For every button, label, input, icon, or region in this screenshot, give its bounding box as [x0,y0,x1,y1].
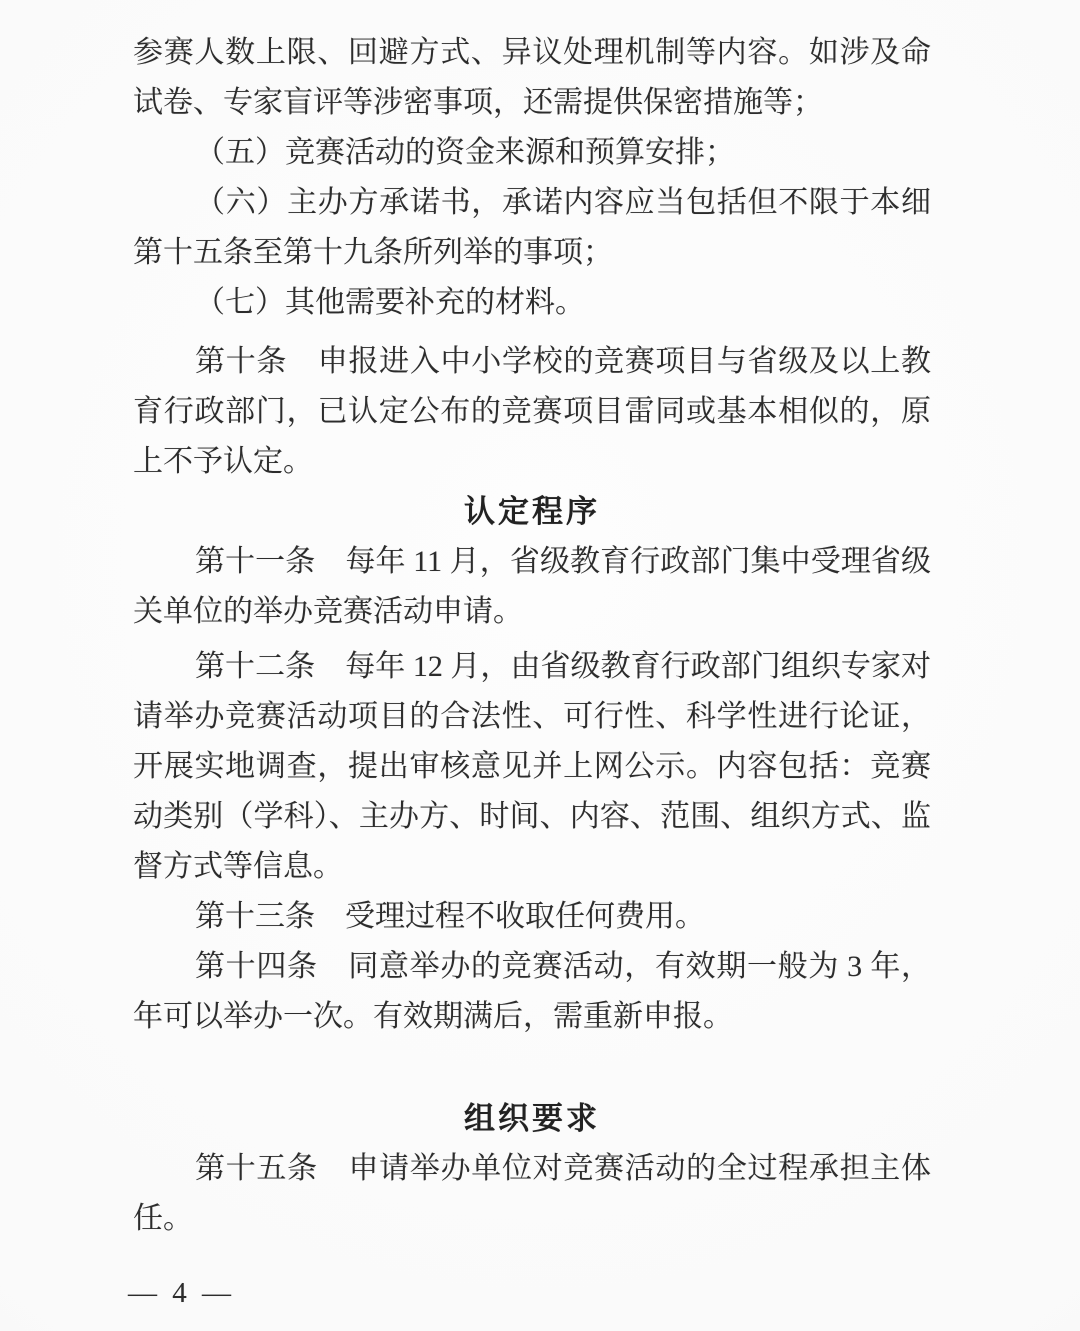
document-line: 年可以举办一次。有效期满后，需重新申报。 [133,992,931,1042]
section-spacer [133,1042,931,1094]
document-line: 第十五条至第十九条所列举的事项； [133,228,931,278]
page-number: — 4 — [128,1274,235,1312]
paragraph-spacer [133,328,931,337]
document-line: 第十三条 受理过程不收取任何费用。 [133,892,931,942]
document-line: 第十一条 每年 11 月，省级教育行政部门集中受理省级有 [133,537,931,587]
section-heading-recognition-procedure: 认定程序 [133,487,931,537]
document-line: 第十五条 申请举办单位对竞赛活动的全过程承担主体责 [133,1144,931,1194]
document-line: 开展实地调查，提出审核意见并上网公示。内容包括：竞赛活 [133,742,931,792]
document-line: 动类别（学科）、主办方、时间、内容、范围、组织方式、监 [133,792,931,842]
document-line: 育行政部门，已认定公布的竞赛项目雷同或基本相似的，原则 [133,387,931,437]
document-line: 试卷、专家盲评等涉密事项，还需提供保密措施等； [133,78,931,128]
document-line: （五）竞赛活动的资金来源和预算安排； [133,128,931,178]
document-line: 第十二条 每年 12 月，由省级教育行政部门组织专家对申 [133,642,931,692]
document-line: （六）主办方承诺书，承诺内容应当包括但不限于本细则 [133,178,931,228]
document-line: 第十四条 同意举办的竞赛活动，有效期一般为 3 年，每 [133,942,931,992]
document-body: 参赛人数上限、回避方式、异议处理机制等内容。如涉及命题 试卷、专家盲评等涉密事项… [133,28,931,1244]
document-line: 上不予认定。 [133,437,931,487]
document-line: 请举办竞赛活动项目的合法性、可行性、科学性进行论证，或 [133,692,931,742]
document-line: 参赛人数上限、回避方式、异议处理机制等内容。如涉及命题 [133,28,931,78]
document-line: 任。 [133,1194,931,1244]
document-line: 第十条 申报进入中小学校的竞赛项目与省级及以上教 [133,337,931,387]
section-heading-organization-requirements: 组织要求 [133,1094,931,1144]
document-line: 督方式等信息。 [133,842,931,892]
document-line: （七）其他需要补充的材料。 [133,278,931,328]
document-line: 关单位的举办竞赛活动申请。 [133,587,931,637]
document-page: 参赛人数上限、回避方式、异议处理机制等内容。如涉及命题 试卷、专家盲评等涉密事项… [0,0,1080,1331]
